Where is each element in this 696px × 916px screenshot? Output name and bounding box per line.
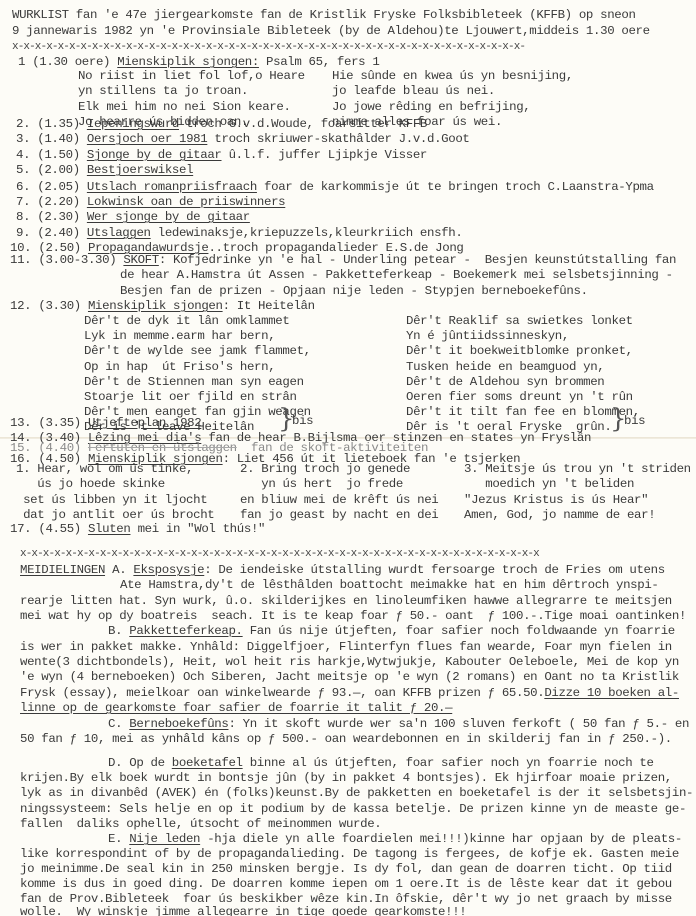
item-num: 9.	[16, 226, 30, 240]
announcement-line: krijen.By elk boek wurdt in bontsje jûn …	[20, 771, 672, 786]
item-title: Mienskiplik sjongen:	[117, 55, 259, 69]
announcement-line: Frysk (essay), meielkoar oan winkelweard…	[20, 686, 679, 701]
item-rest: ledewinaksje,kriepuzzels,kleurkriich ens…	[151, 226, 463, 240]
item-time: (1.50)	[37, 148, 80, 162]
announcement-line: rearje litten hat. Syn wurk, û.o. skilde…	[20, 594, 672, 609]
skoft-line-2: de hear A.Hamstra út Assen - Pakkettefer…	[120, 268, 673, 283]
announcement-line: linne op de gearkomste foar safier de fo…	[20, 701, 452, 716]
item-time: (3.35)	[38, 416, 81, 430]
announcement-line: wolle. Wy winskje jimme allegearre in ti…	[20, 905, 466, 916]
announcement-line: mei wat hy op dy boatreis seach. It is t…	[20, 609, 686, 624]
psalm-verse-line: jo leafde bleau ús nei.	[332, 84, 495, 99]
agenda-item-9: 9. (2.40) Utslaggen ledewinaksje,kriepuz…	[16, 226, 462, 241]
item-num: 6.	[16, 180, 30, 194]
song-verse-line: Dêr′t de wylde see jamk flammet,	[84, 344, 311, 359]
agenda-item-1: 1 (1.30 oere) Mienskiplik sjongen: Psalm…	[18, 55, 379, 70]
announcement-line: like korrespondint of by de propagandali…	[20, 847, 679, 862]
hymn-verse-line: Amen, God, jo namme de ear!	[464, 508, 655, 523]
item-rest: foar de karkommisje út te bringen troch …	[257, 180, 654, 194]
hymn-verse-line: yn ús hert jo frede	[240, 477, 403, 492]
item-time: (1.35)	[37, 117, 80, 131]
song-verse-line: Dêr′t de Stiennen man syn eagen	[84, 375, 304, 390]
song-verse-line: Op in hap út Friso′s hern,	[84, 360, 275, 375]
bis-label: bis	[624, 414, 645, 429]
bis-label: bis	[292, 414, 313, 429]
item-title: Utjefteplan 1982	[88, 416, 201, 430]
announcement-line: wente(3 dichtbondels), Heit, wol heit ri…	[20, 655, 679, 670]
hymn-verse-line: 2. Bring troch jo genede	[240, 462, 410, 477]
announcement-a: MEIDIELINGEN A. Eksposysje: De iendeiske…	[20, 563, 665, 578]
announcements-heading: MEIDIELINGEN	[20, 563, 105, 577]
item-title: Bestjoerswiksel	[87, 163, 193, 177]
header-line-2: 9 jannewaris 1982 yn ′e Provinsiale Bibl…	[12, 24, 650, 39]
song-verse-line: Dêr′t de Aldehou syn brommen	[406, 375, 604, 390]
psalm-verse-line: yn stillens ta jo troan.	[78, 84, 248, 99]
agenda-item-2: 2. (1.35) Iepeningswurd troch G.v.d.Woud…	[16, 117, 427, 132]
psalm-verse-line: Hie sûnde en kwea ús yn besnijing,	[332, 69, 573, 84]
agenda-item-7: 7. (2.20) Lokwinsk oan de priiswinners	[16, 195, 285, 210]
item-number: 1	[18, 55, 25, 69]
announcement-line: Ate Hamstra,dy′t de lêsthâlden boattocht…	[120, 578, 659, 593]
hymn-verse-line: 3. Meitsje ús trou yn ′t striden	[464, 462, 691, 477]
announcement-line: jo meinimme.De seal kin in 250 minsken b…	[20, 862, 672, 877]
song-verse-line: Lyk in memme.earm har bern,	[84, 329, 275, 344]
song-verse-line: Dêr′t Reaklif sa swietkes lonket	[406, 314, 633, 329]
song-verse-line: Stoarje lit oer fjild en strân	[84, 390, 297, 405]
item-num: 3.	[16, 132, 30, 146]
skoft-line-3: Besjen fan de prizen - Opjaan nije leden…	[120, 284, 588, 299]
agenda-item-5: 5. (2.00) Bestjoerswiksel	[16, 163, 193, 178]
agenda-item-13: 13. (3.35) Utjefteplan 1982	[10, 416, 201, 431]
agenda-item-11: 11. (3.00-3.30) SKOFT: Kofjedrinke yn ′e…	[10, 253, 676, 268]
hymn-verse-line: "Jezus Kristus is ús Hear"	[464, 493, 648, 508]
announcement-line: ningssysteem: Sels helje en op it podium…	[20, 802, 686, 817]
agenda-item-17: 17. (4.55) Sluten mei in "Wol thús!"	[10, 522, 265, 537]
separator: x-x-x-x-x-x-x-x-x-x-x-x-x-x-x-x-x-x-x-x-…	[20, 547, 539, 562]
song-verse-line: Yn é jûntiidssinneskyn,	[406, 329, 569, 344]
hymn-verse-line: ús jo hoede skinke	[16, 477, 165, 492]
announcement-line: is wer in pakket makke. Ynhâld: Diggelfj…	[20, 640, 672, 655]
announcement-line: lyk as in divanbêd (AVEK) én (folks)keun…	[20, 786, 693, 801]
item-title: Utslaggen	[87, 226, 151, 240]
item-time: (2.40)	[37, 226, 80, 240]
hymn-verse-line: en bliuw mei de krêft ús nei	[240, 493, 438, 508]
item-num: 2.	[16, 117, 30, 131]
item-time: (1.30 oere)	[32, 55, 110, 69]
item-num: 4.	[16, 148, 30, 162]
item-num: 5.	[16, 163, 30, 177]
item-num: 7.	[16, 195, 30, 209]
item-rest: troch skriuwer-skathâlder J.v.d.Goot	[207, 132, 469, 146]
song-verse-line: Dêr′t it tilt fan fee en blommen,	[406, 405, 640, 420]
item-title: Oersjoch oer 1981	[87, 132, 207, 146]
item-title: Lokwinsk oan de priiswinners	[87, 195, 285, 209]
psalm-verse-line: No riist in liet fol lof,o Heare	[78, 69, 305, 84]
hymn-verse-line: set ús libben yn it ljocht	[16, 493, 207, 508]
agenda-item-12: 12. (3.30) Mienskiplik sjongen: It Heite…	[10, 299, 315, 314]
announcement-line: 50 fan ƒ 10, mei as ynhâld kâns op ƒ 500…	[20, 732, 672, 747]
song-verse-line: Oeren fier soms dreunt yn ′t rûn	[406, 390, 633, 405]
item-title: Utslach romanpriisfraach	[87, 180, 257, 194]
separator: x-x-x-x-x-x-x-x-x-x-x-x-x-x-x-x-x-x-x-x-…	[12, 40, 525, 55]
agenda-item-8: 8. (2.30) Wer sjonge by de gitaar	[16, 210, 250, 225]
item-time: (2.00)	[37, 163, 80, 177]
item-time: (2.05)	[37, 180, 80, 194]
agenda-item-6: 6. (2.05) Utslach romanpriisfraach foar …	[16, 180, 654, 195]
announcement-b: B. Pakketteferkeap. Fan ús nije útjeften…	[108, 624, 675, 639]
agenda-item-4: 4. (1.50) Sjonge by de gitaar û.l.f. juf…	[16, 148, 427, 163]
item-rest: troch G.v.d.Woude, foarsitter KFFB	[179, 117, 427, 131]
item-time: (1.40)	[37, 132, 80, 146]
agenda-item-3: 3. (1.40) Oersjoch oer 1981 troch skriuw…	[16, 132, 470, 147]
song-verse-line: Dêr′t de dyk it lân omklammet	[84, 314, 289, 329]
hymn-verse-line: fan jo geast by nacht en dei	[240, 508, 438, 523]
announcement-e: E. Nije leden -hja diele yn alle foardie…	[108, 832, 682, 847]
item-num: 8.	[16, 210, 30, 224]
item-rest: û.l.f. juffer Ljipkje Visser	[222, 148, 427, 162]
announcement-d: D. Op de boeketafel binne al ús útjeften…	[108, 756, 654, 771]
item-title: Iepeningswurd	[87, 117, 179, 131]
announcement-c: C. Berneboekefûns: Yn it skoft wurde wer…	[108, 717, 689, 732]
item-num: 13.	[10, 416, 31, 430]
item-title: Sjonge by de gitaar	[87, 148, 222, 162]
item-detail: Psalm 65, fers 1	[259, 55, 379, 69]
hymn-verse-line: 1. Hear, wol om ús tinke,	[16, 462, 193, 477]
song-verse-line: Tusken heide en beamguod yn,	[406, 360, 604, 375]
hymn-verse-line: moedich yn ′t beliden	[464, 477, 634, 492]
song-verse-line: Dêr′t it boekweitblomke pronket,	[406, 344, 633, 359]
psalm-verse-line: Jo jowe rêding en befrijing,	[332, 100, 530, 115]
announcement-line: fallen daliks ophelle, útsocht of meinom…	[20, 817, 381, 832]
header-line-1: WURKLIST fan ′e 47e jiergearkomste fan d…	[12, 8, 636, 23]
announcement-line: ′e wyn (4 berneboeken) Och Siberen, Jach…	[20, 670, 679, 685]
announcement-line: komme is dus in goed ding. De doarren ko…	[20, 877, 672, 892]
item-time: (2.20)	[37, 195, 80, 209]
hymn-verse-line: dat jo antlit oer ús brocht	[16, 508, 214, 523]
psalm-verse-line: Elk mei him no nei Sion keare.	[78, 100, 291, 115]
item-title: Wer sjonge by de gitaar	[87, 210, 250, 224]
closing-wish: Wy winskje jimme allegearre in tige goed…	[77, 905, 467, 916]
item-time: (2.30)	[37, 210, 80, 224]
typewritten-document: WURKLIST fan ′e 47e jiergearkomste fan d…	[0, 0, 696, 916]
